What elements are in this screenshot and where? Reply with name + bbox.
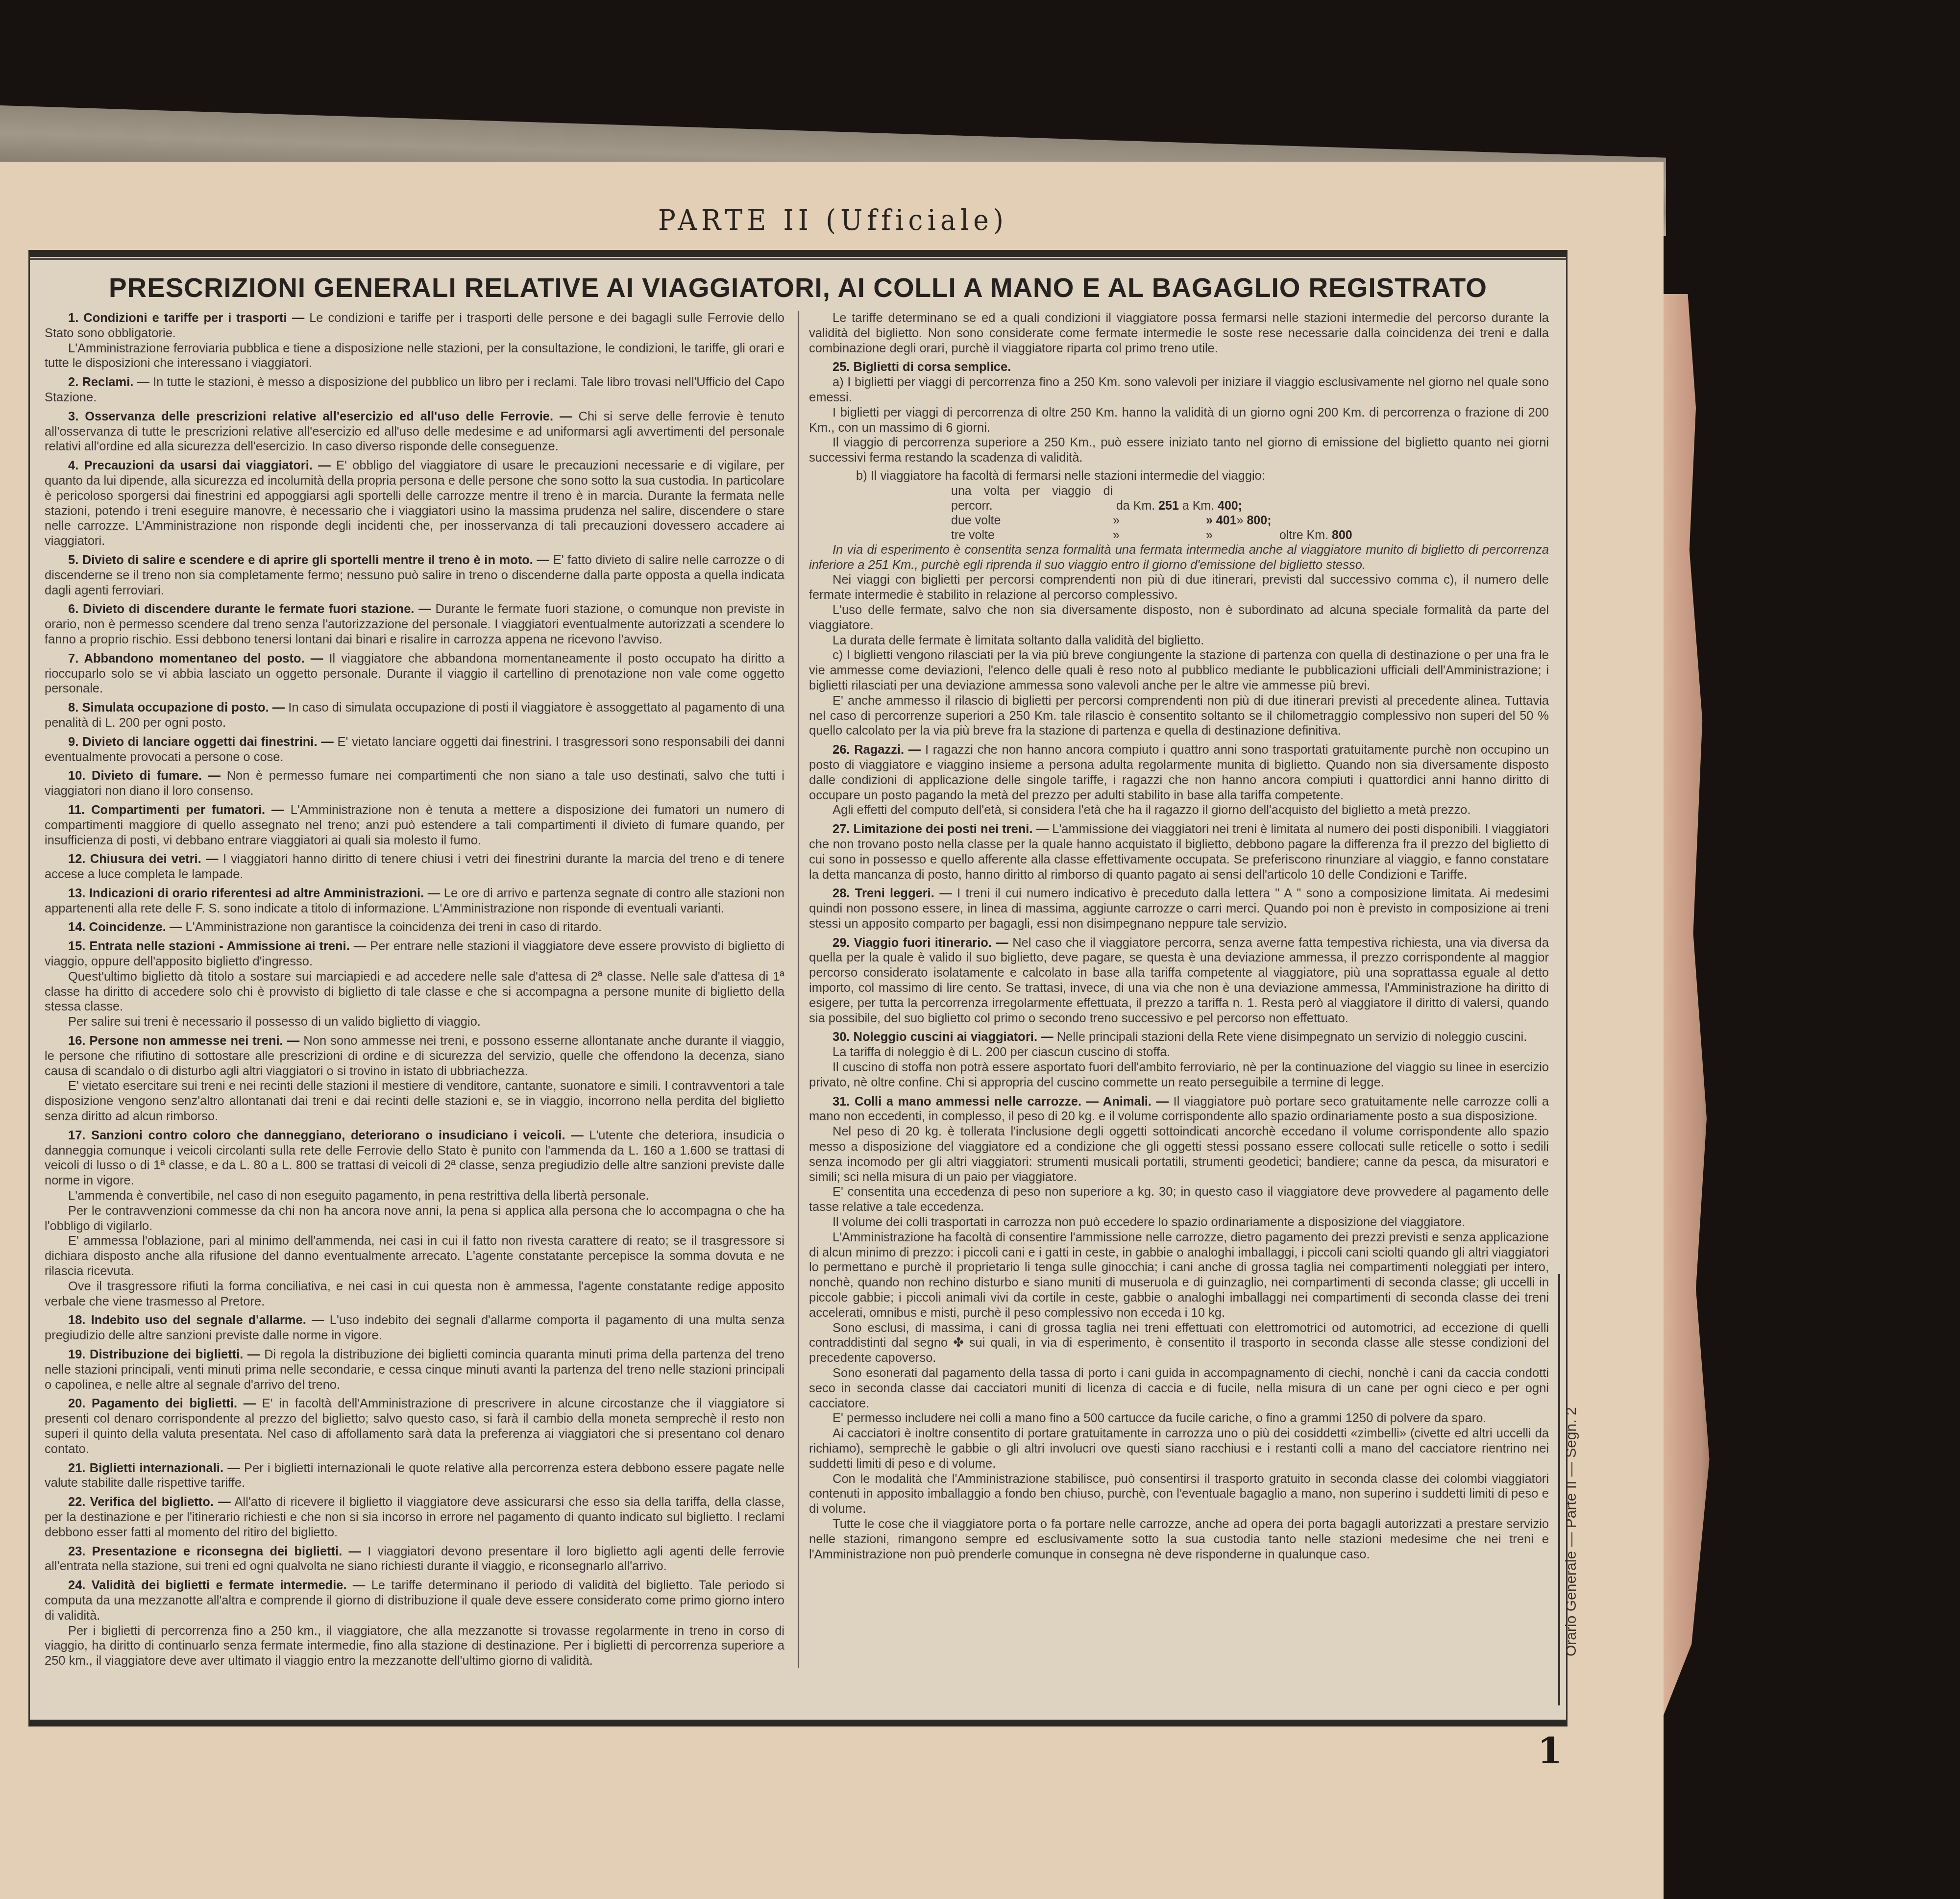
paragraph: Quest'ultimo biglietto dà titolo a sosta… (45, 969, 784, 1014)
paragraph: Ai cacciatori è inoltre consentito di po… (809, 1426, 1549, 1471)
paragraph: E' permesso includere nei colli a mano f… (809, 1411, 1549, 1426)
article-text: E' ammessa l'oblazione, pari al minimo d… (45, 1234, 784, 1278)
side-rule (1558, 1274, 1560, 1705)
paragraph: 26. Ragazzi. — I ragazzi che non hanno a… (809, 742, 1549, 803)
part-title: PARTE II (Ufficiale) (67, 203, 1599, 237)
paragraph: 11. Compartimenti per fumatori. — L'Ammi… (45, 803, 784, 848)
article-25: 25. Biglietti di corsa semplice. a) I bi… (809, 360, 1549, 739)
article-title: 13. Indicazioni di orario riferentesi ad… (68, 887, 440, 900)
article: 7. Abbandono momentaneo del posto. — Il … (45, 651, 784, 696)
article-text: Per salire sui treni è necessario il pos… (68, 1015, 481, 1029)
page-number: 1 (1538, 1730, 1562, 1772)
paragraph: Per le contravvenzioni commesse da chi n… (45, 1204, 784, 1234)
paragraph: 23. Presentazione e riconsegna dei bigli… (45, 1544, 784, 1575)
paragraph: a) I biglietti per viaggi di percorrenza… (809, 375, 1549, 405)
article-title: 1. Condizioni e tariffe per i trasporti … (68, 311, 304, 325)
paragraph: Nel peso di 20 kg. è tollerata l'inclusi… (809, 1124, 1549, 1184)
content-frame: PRESCRIZIONI GENERALI RELATIVE AI VIAGGI… (28, 250, 1568, 1726)
article-title: 16. Persone non ammesse nei treni. — (68, 1034, 299, 1048)
paragraph: 1. Condizioni e tariffe per i trasporti … (45, 311, 784, 341)
paragraph: Il viaggio di percorrenza superiore a 25… (809, 435, 1549, 466)
article: 30. Noleggio cuscini ai viaggiatori. — N… (809, 1030, 1549, 1090)
left-column: 1. Condizioni e tariffe per i trasporti … (45, 311, 784, 1673)
continuation-text: Le tariffe determinano se ed a quali con… (809, 311, 1549, 356)
article: 17. Sanzioni contro coloro che danneggia… (45, 1128, 784, 1309)
paragraph: Sono esonerati dal pagamento della tassa… (809, 1366, 1549, 1411)
paragraph: 21. Biglietti internazionali. — Per i bi… (45, 1461, 784, 1491)
article-text: Il volume dei colli trasportati in carro… (833, 1215, 1465, 1229)
article: 21. Biglietti internazionali. — Per i bi… (45, 1461, 784, 1491)
paragraph: 22. Verifica del biglietto. — All'atto d… (45, 1495, 784, 1540)
article-text: Con le modalità che l'Amministrazione st… (809, 1472, 1549, 1516)
article-text: In tutte le stazioni, è messo a disposiz… (45, 375, 784, 404)
article: 20. Pagamento dei biglietti. — E' in fac… (45, 1396, 784, 1456)
paragraph: Per salire sui treni è necessario il pos… (45, 1014, 784, 1030)
paragraph: c) I biglietti vengono rilasciati per la… (809, 648, 1549, 693)
paragraph: E' vietato esercitare sui treni e nei re… (45, 1079, 784, 1124)
article: 26. Ragazzi. — I ragazzi che non hanno a… (809, 742, 1549, 818)
article: 14. Coincidenze. — L'Amministrazione non… (45, 920, 784, 935)
article: 22. Verifica del biglietto. — All'atto d… (45, 1495, 784, 1540)
article: 24. Validità dei biglietti e fermate int… (45, 1578, 784, 1669)
article-title: 11. Compartimenti per fumatori. — (68, 803, 284, 817)
article-title: 3. Osservanza delle prescrizioni relativ… (68, 410, 572, 423)
paragraph: Agli effetti del computo dell'età, si co… (809, 803, 1549, 818)
article: 18. Indebito uso del segnale d'allarme. … (45, 1313, 784, 1343)
paragraph: Con le modalità che l'Amministrazione st… (809, 1472, 1549, 1517)
article-title: 29. Viaggio fuori itinerario. — (833, 936, 1008, 950)
article-text: Ai cacciatori è inoltre consentito di po… (809, 1427, 1549, 1471)
article-title: 18. Indebito uso del segnale d'allarme. … (68, 1313, 324, 1327)
paragraph: I biglietti per viaggi di percorrenza di… (809, 405, 1549, 436)
article: 6. Divieto di discendere durante le ferm… (45, 602, 784, 647)
article-title: 6. Divieto di discendere durante le ferm… (68, 602, 431, 616)
article-text: E' consentita una eccedenza di peso non … (809, 1185, 1549, 1214)
article-title: 26. Ragazzi. — (833, 743, 921, 757)
paragraph: 16. Persone non ammesse nei treni. — Non… (45, 1034, 784, 1079)
article: 3. Osservanza delle prescrizioni relativ… (45, 409, 784, 454)
paragraph: E' consentita una eccedenza di peso non … (809, 1184, 1549, 1215)
article-text: E' permesso includere nei colli a mano f… (833, 1411, 1486, 1425)
article-text: Sono esclusi, di massima, i cani di gros… (809, 1321, 1549, 1365)
article: 10. Divieto di fumare. — Non è permesso … (45, 768, 784, 799)
paragraph: 18. Indebito uso del segnale d'allarme. … (45, 1313, 784, 1343)
paragraph: 14. Coincidenze. — L'Amministrazione non… (45, 920, 784, 935)
paragraph: 13. Indicazioni di orario riferentesi ad… (45, 886, 784, 916)
paragraph: 9. Divieto di lanciare oggetti dai fines… (45, 735, 784, 765)
article: 27. Limitazione dei posti nei treni. — L… (809, 822, 1549, 882)
stops-table: una volta per viaggio di percorr. da Km.… (951, 484, 1549, 543)
article: 1. Condizioni e tariffe per i trasporti … (45, 311, 784, 371)
paragraph: 31. Colli a mano ammessi nelle carrozze.… (809, 1094, 1549, 1125)
article-title: 21. Biglietti internazionali. — (68, 1461, 240, 1475)
article-text: Per i biglietti di percorrenza fino a 25… (45, 1624, 784, 1668)
article: 5. Divieto di salire e scendere e di apr… (45, 553, 784, 598)
article-title: 9. Divieto di lanciare oggetti dai fines… (68, 735, 334, 749)
article-text: Tutte le cose che il viaggiatore porta o… (809, 1517, 1549, 1561)
paragraph: b) Il viaggiatore ha facoltà di fermarsi… (809, 469, 1549, 484)
paragraph: Tutte le cose che il viaggiatore porta o… (809, 1517, 1549, 1562)
article-text: L'ammenda è convertibile, nel caso di no… (68, 1189, 649, 1203)
paragraph: 2. Reclami. — In tutte le stazioni, è me… (45, 375, 784, 405)
article-text: Nel peso di 20 kg. è tollerata l'inclusi… (809, 1125, 1549, 1184)
paragraph: 24. Validità dei biglietti e fermate int… (45, 1578, 784, 1623)
article: 16. Persone non ammesse nei treni. — Non… (45, 1034, 784, 1124)
article-title: 20. Pagamento dei biglietti. — (68, 1397, 256, 1410)
article: 29. Viaggio fuori itinerario. — Nel caso… (809, 936, 1549, 1026)
paragraph: E' ammessa l'oblazione, pari al minimo d… (45, 1233, 784, 1279)
side-label: Orario Generale — Parte II — Segn. 2 (1563, 1407, 1580, 1656)
paragraph: 7. Abbandono momentaneo del posto. — Il … (45, 651, 784, 696)
stops-row: due volte»» 401» 800; (951, 513, 1549, 528)
article-title: 31. Colli a mano ammessi nelle carrozze.… (833, 1095, 1169, 1109)
right-articles: 26. Ragazzi. — I ragazzi che non hanno a… (809, 742, 1549, 1562)
article: 13. Indicazioni di orario riferentesi ad… (45, 886, 784, 916)
article: 4. Precauzioni da usarsi dai viaggiatori… (45, 458, 784, 549)
paragraph: 30. Noleggio cuscini ai viaggiatori. — N… (809, 1030, 1549, 1045)
article: 23. Presentazione e riconsegna dei bigli… (45, 1544, 784, 1575)
paragraph: Il volume dei colli trasportati in carro… (809, 1215, 1549, 1230)
article: 28. Treni leggeri. — I treni il cui nume… (809, 886, 1549, 931)
page-edge (1664, 294, 1717, 1715)
article: 11. Compartimenti per fumatori. — L'Ammi… (45, 803, 784, 848)
paragraph: Il cuscino di stoffa non potrà essere as… (809, 1060, 1549, 1090)
paragraph: 5. Divieto di salire e scendere e di apr… (45, 553, 784, 598)
article-text: Per le contravvenzioni commesse da chi n… (45, 1204, 784, 1233)
article: 12. Chiusura dei vetri. — I viaggiatori … (45, 852, 784, 882)
article-title: 17. Sanzioni contro coloro che danneggia… (68, 1129, 584, 1142)
paragraph: Per i biglietti di percorrenza fino a 25… (45, 1624, 784, 1669)
paragraph: 20. Pagamento dei biglietti. — E' in fac… (45, 1396, 784, 1456)
stops-row: una volta per viaggio di percorr. da Km.… (951, 484, 1549, 513)
article-text: Sono esonerati dal pagamento della tassa… (809, 1366, 1549, 1410)
article-title: 19. Distribuzione dei biglietti. — (68, 1348, 260, 1361)
article-title: 2. Reclami. — (68, 375, 149, 389)
paragraph: L'ammenda è convertibile, nel caso di no… (45, 1188, 784, 1204)
paragraph: L'Amministrazione ha facoltà di consenti… (809, 1230, 1549, 1321)
paragraph: 3. Osservanza delle prescrizioni relativ… (45, 409, 784, 454)
article-text: E' vietato esercitare sui treni e nei re… (45, 1079, 784, 1123)
article-text: Ove il trasgressore rifiuti la forma con… (45, 1280, 784, 1308)
paragraph: La tariffa di noleggio è di L. 200 per c… (809, 1045, 1549, 1060)
paragraph: 4. Precauzioni da usarsi dai viaggiatori… (45, 458, 784, 549)
article-text: Nelle principali stazioni della Rete vie… (1057, 1030, 1527, 1044)
article: 15. Entrata nelle stazioni - Ammissione … (45, 939, 784, 1030)
article-text: Quest'ultimo biglietto dà titolo a sosta… (45, 970, 784, 1014)
article-title: 22. Verifica del biglietto. — (68, 1495, 231, 1509)
paragraph: E' anche ammesso il rilascio di bigliett… (809, 693, 1549, 739)
article: 19. Distribuzione dei biglietti. — Di re… (45, 1347, 784, 1392)
article-title: 4. Precauzioni da usarsi dai viaggiatori… (68, 459, 331, 472)
article-title: 15. Entrata nelle stazioni - Ammissione … (68, 939, 366, 953)
article: 9. Divieto di lanciare oggetti dai fines… (45, 735, 784, 765)
article-title: 23. Presentazione e riconsegna dei bigli… (68, 1545, 361, 1558)
paragraph: Nei viaggi con biglietti per percorsi co… (809, 572, 1549, 603)
article-title: 30. Noleggio cuscini ai viaggiatori. — (833, 1030, 1053, 1044)
paragraph: 12. Chiusura dei vetri. — I viaggiatori … (45, 852, 784, 882)
main-title: PRESCRIZIONI GENERALI RELATIVE AI VIAGGI… (45, 271, 1550, 303)
article-title: 14. Coincidenze. — (68, 920, 182, 934)
paragraph: 28. Treni leggeri. — I treni il cui nume… (809, 886, 1549, 931)
right-column: Le tariffe determinano se ed a quali con… (809, 311, 1549, 1566)
article-title: 7. Abbandono momentaneo del posto. — (68, 652, 323, 666)
italic-note: In via di esperimento è consentita senza… (809, 543, 1549, 573)
article: 8. Simulata occupazione di posto. — In c… (45, 700, 784, 731)
paragraph: 19. Distribuzione dei biglietti. — Di re… (45, 1347, 784, 1392)
stops-row: tre volte»»oltre Km. 800 (951, 528, 1549, 543)
column-divider (798, 311, 799, 1668)
paragraph: La durata delle fermate è limitata solta… (809, 633, 1549, 648)
article-title: 28. Treni leggeri. — (833, 887, 952, 900)
article: 2. Reclami. — In tutte le stazioni, è me… (45, 375, 784, 405)
paragraph: 17. Sanzioni contro coloro che danneggia… (45, 1128, 784, 1188)
article-text: L'Amministrazione non garantisce la coin… (185, 920, 602, 934)
paragraph: 10. Divieto di fumare. — Non è permesso … (45, 768, 784, 799)
paragraph: Ove il trasgressore rifiuti la forma con… (45, 1279, 784, 1309)
paragraph: L'uso delle fermate, salvo che non sia d… (809, 603, 1549, 633)
article-text: Agli effetti del computo dell'età, si co… (833, 803, 1471, 817)
article-title: 5. Divieto di salire e scendere e di apr… (68, 553, 549, 567)
article-text: La tariffa di noleggio è di L. 200 per c… (833, 1045, 1170, 1059)
paragraph: Le tariffe determinano se ed a quali con… (809, 311, 1549, 356)
paragraph: L'Amministrazione ferroviaria pubblica e… (45, 341, 784, 371)
article: 31. Colli a mano ammessi nelle carrozze.… (809, 1094, 1549, 1562)
article-text: L'Amministrazione ferroviaria pubblica e… (45, 342, 784, 370)
paragraph: 15. Entrata nelle stazioni - Ammissione … (45, 939, 784, 969)
article-title: 25. Biglietti di corsa semplice. (833, 360, 1011, 374)
paragraph: 29. Viaggio fuori itinerario. — Nel caso… (809, 936, 1549, 1026)
article-title: 8. Simulata occupazione di posto. — (68, 701, 285, 715)
article-text: L'Amministrazione ha facoltà di consenti… (809, 1231, 1549, 1320)
article-title: 27. Limitazione dei posti nei treni. — (833, 822, 1049, 836)
paragraph: Sono esclusi, di massima, i cani di gros… (809, 1321, 1549, 1366)
article-title: 24. Validità dei biglietti e fermate int… (68, 1578, 365, 1592)
article-text: Il cuscino di stoffa non potrà essere as… (809, 1060, 1549, 1089)
article-title: 12. Chiusura dei vetri. — (68, 852, 219, 866)
paragraph: 8. Simulata occupazione di posto. — In c… (45, 700, 784, 731)
paragraph: 27. Limitazione dei posti nei treni. — L… (809, 822, 1549, 882)
article-title: 10. Divieto di fumare. — (68, 769, 220, 783)
paragraph: 6. Divieto di discendere durante le ferm… (45, 602, 784, 647)
